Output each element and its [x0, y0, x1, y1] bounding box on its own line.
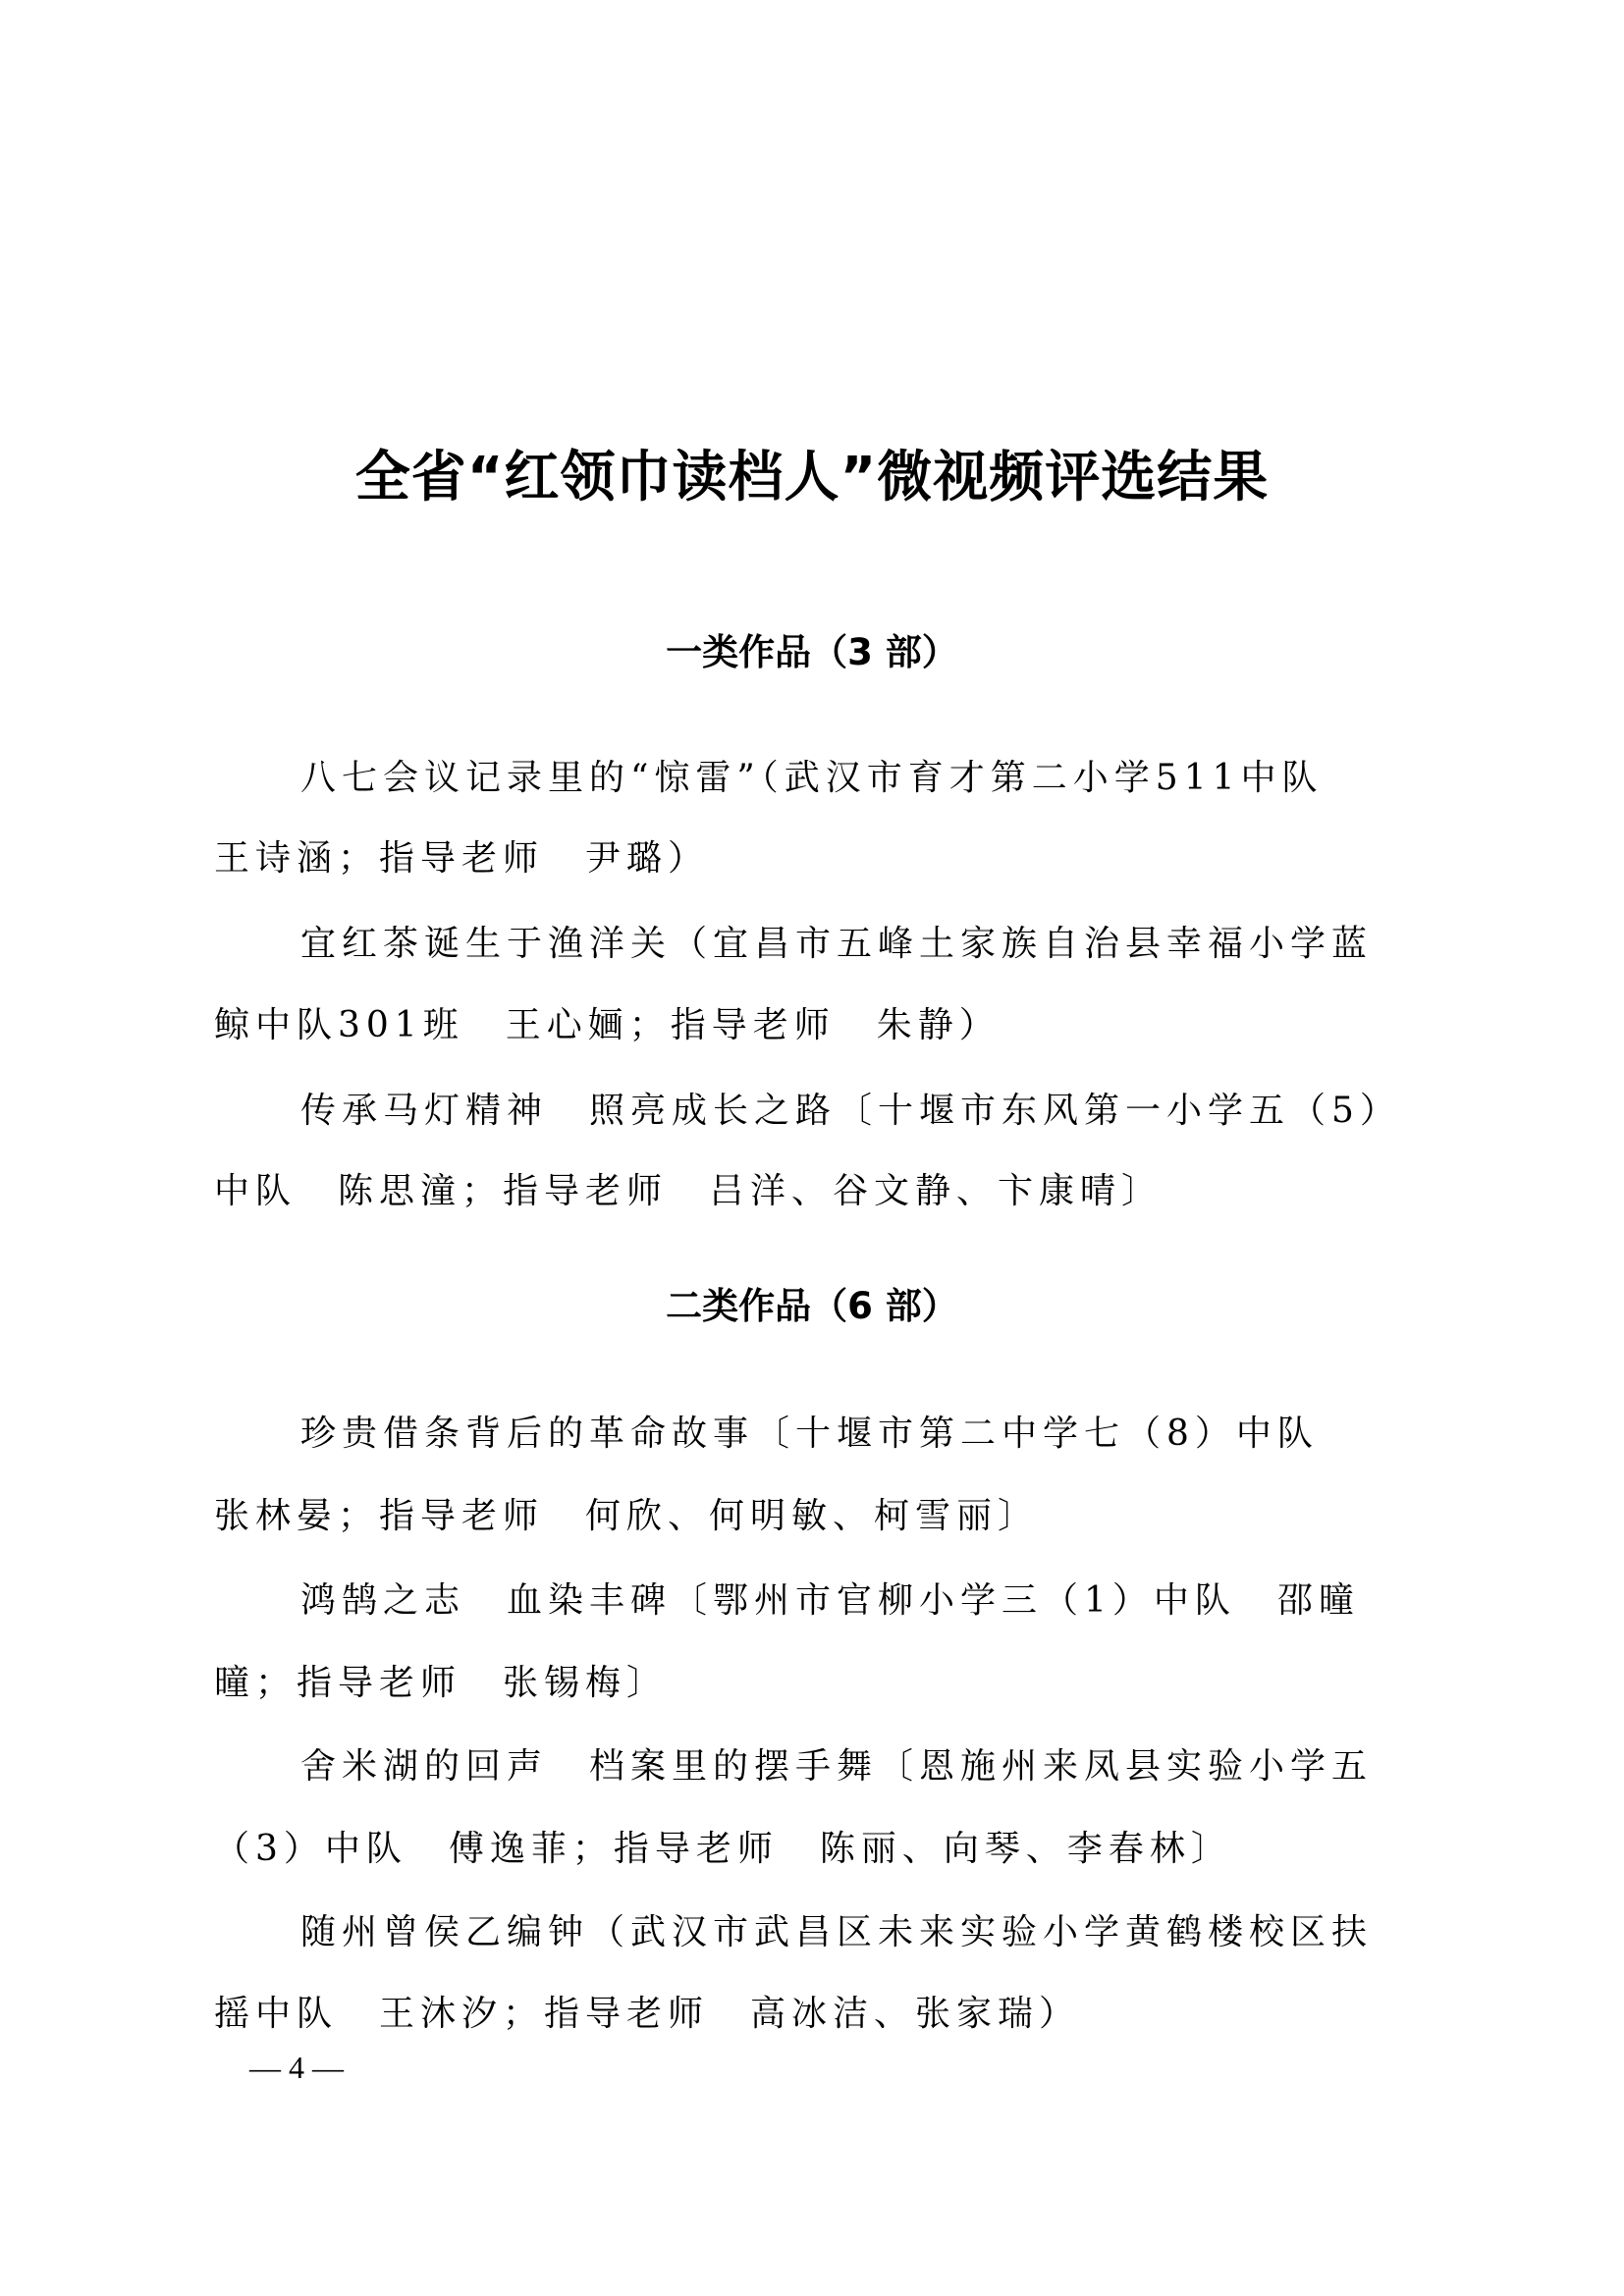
- section-heading-class-two: 二类作品（6 部）: [0, 1282, 1624, 1331]
- document-title: 全省“红领巾读档人”微视频评选结果: [0, 444, 1624, 512]
- entry-line-1: 随州曾侯乙编钟（武汉市武昌区未来实验小学黄鹤楼校区扶: [300, 1908, 1373, 1957]
- entry-line-2: （3）中队 傅逸菲；指导老师 陈丽、向琴、李春林〕: [214, 1825, 1232, 1874]
- entry-line-2: 中队 陈思潼；指导老师 吕洋、谷文静、卞康晴〕: [214, 1167, 1163, 1216]
- entry-line-2: 张林晏；指导老师 何欣、何明敏、柯雪丽〕: [214, 1492, 1039, 1541]
- entry-line-1: 珍贵借条背后的革命故事〔十堰市第二中学七（8）中队: [300, 1410, 1319, 1459]
- entry-line-1: 八七会议记录里的“惊雷”（武汉市育才第二小学511中队: [300, 754, 1324, 803]
- entry-line-2: 王诗涵；指导老师 尹璐）: [214, 834, 709, 883]
- entry-line-2: 摇中队 王沐汐；指导老师 高冰洁、张家瑞）: [214, 1990, 1080, 2039]
- entry-line-1: 宜红茶诞生于渔洋关（宜昌市五峰土家族自治县幸福小学蓝: [300, 920, 1373, 969]
- section-heading-class-one: 一类作品（3 部）: [0, 628, 1624, 677]
- entry-line-1: 舍米湖的回声 档案里的摆手舞〔恩施州来凤县实验小学五: [300, 1742, 1373, 1791]
- entry-line-2: 曈；指导老师 张锡梅〕: [214, 1659, 668, 1708]
- entry-line-1: 鸿鹄之志 血染丰碑〔鄂州市官柳小学三（1）中队 邵曈: [300, 1576, 1360, 1626]
- entry-line-1: 传承马灯精神 照亮成长之路〔十堰市东风第一小学五（5）: [300, 1087, 1401, 1136]
- entry-line-2: 鲸中队301班 王心婳；指导老师 朱静）: [214, 1001, 1001, 1050]
- document-page: 全省“红领巾读档人”微视频评选结果 一类作品（3 部） 八七会议记录里的“惊雷”…: [0, 0, 1624, 2296]
- page-number: — 4 —: [249, 2048, 344, 2087]
